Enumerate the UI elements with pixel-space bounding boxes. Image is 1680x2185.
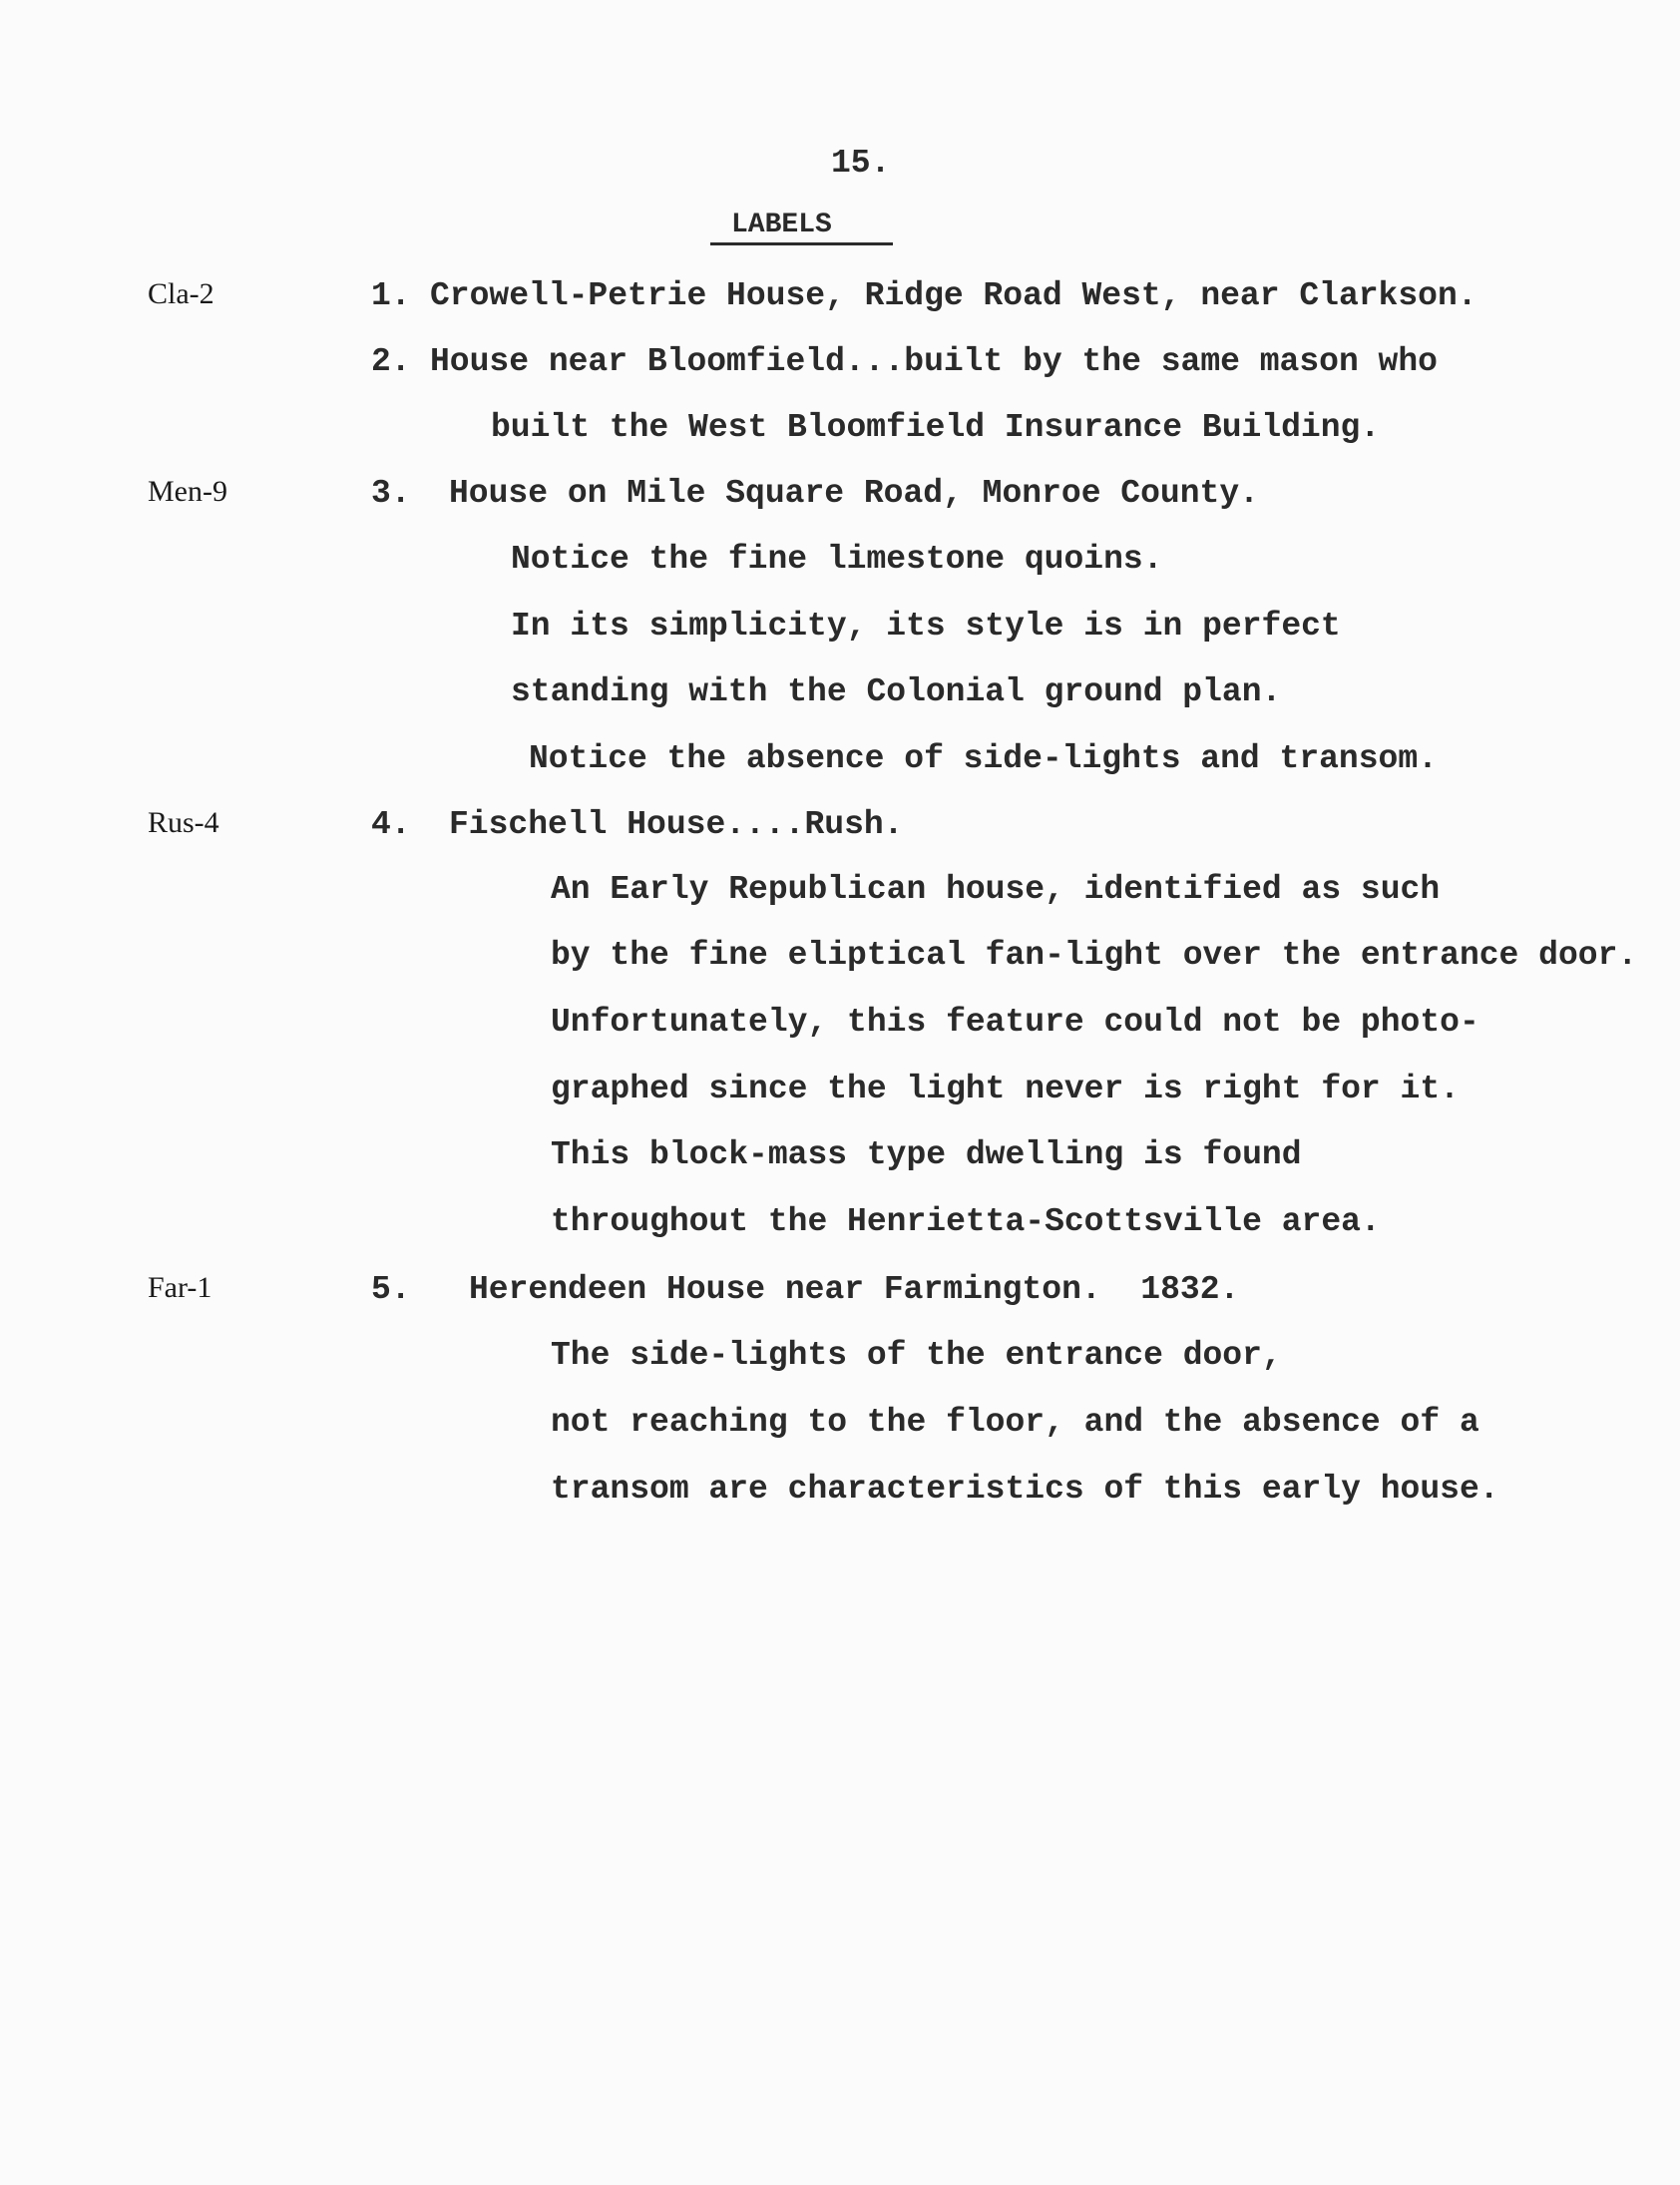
entry-line: Notice the fine limestone quoins. [511,543,1163,576]
entry-number: 5. [371,1273,411,1306]
entry-line: graphed since the light never is right f… [551,1073,1460,1105]
entry-line: Unfortunately, this feature could not be… [551,1006,1479,1039]
margin-code: Men-9 [148,477,227,507]
entry-line: not reaching to the floor, and the absen… [551,1406,1479,1439]
entry-line: This block-mass type dwelling is found [551,1138,1302,1171]
entry-line: In its simplicity, its style is in perfe… [511,610,1341,643]
entry-line: Fischell House....Rush. [449,808,903,841]
entry-line: House on Mile Square Road, Monroe County… [449,477,1259,510]
entry-number: 1. [371,279,411,312]
entry-line: by the fine eliptical fan-light over the… [551,939,1637,972]
heading: LABELS [731,212,832,239]
entry-line: The side-lights of the entrance door, [551,1339,1282,1372]
heading-underline [710,242,893,245]
margin-code: Cla-2 [148,279,214,309]
page-number: 15. [831,147,890,180]
entry-number: 2. [371,345,411,378]
entry-line: transom are characteristics of this earl… [551,1473,1499,1506]
margin-code: Rus-4 [148,808,219,838]
margin-code: Far-1 [148,1273,211,1303]
entry-line: throughout the Henrietta-Scottsville are… [551,1205,1381,1238]
entry-line: Crowell-Petrie House, Ridge Road West, n… [430,279,1477,312]
entry-number: 4. [371,808,411,841]
entry-line: standing with the Colonial ground plan. [511,675,1281,708]
entry-line: Herendeen House near Farmington. 1832. [469,1273,1239,1306]
entry-line: An Early Republican house, identified as… [551,873,1440,906]
entry-line: Notice the absence of side-lights and tr… [529,742,1438,775]
entry-line: built the West Bloomfield Insurance Buil… [491,411,1380,444]
entry-line: House near Bloomfield...built by the sam… [430,345,1438,378]
entry-number: 3. [371,477,411,510]
